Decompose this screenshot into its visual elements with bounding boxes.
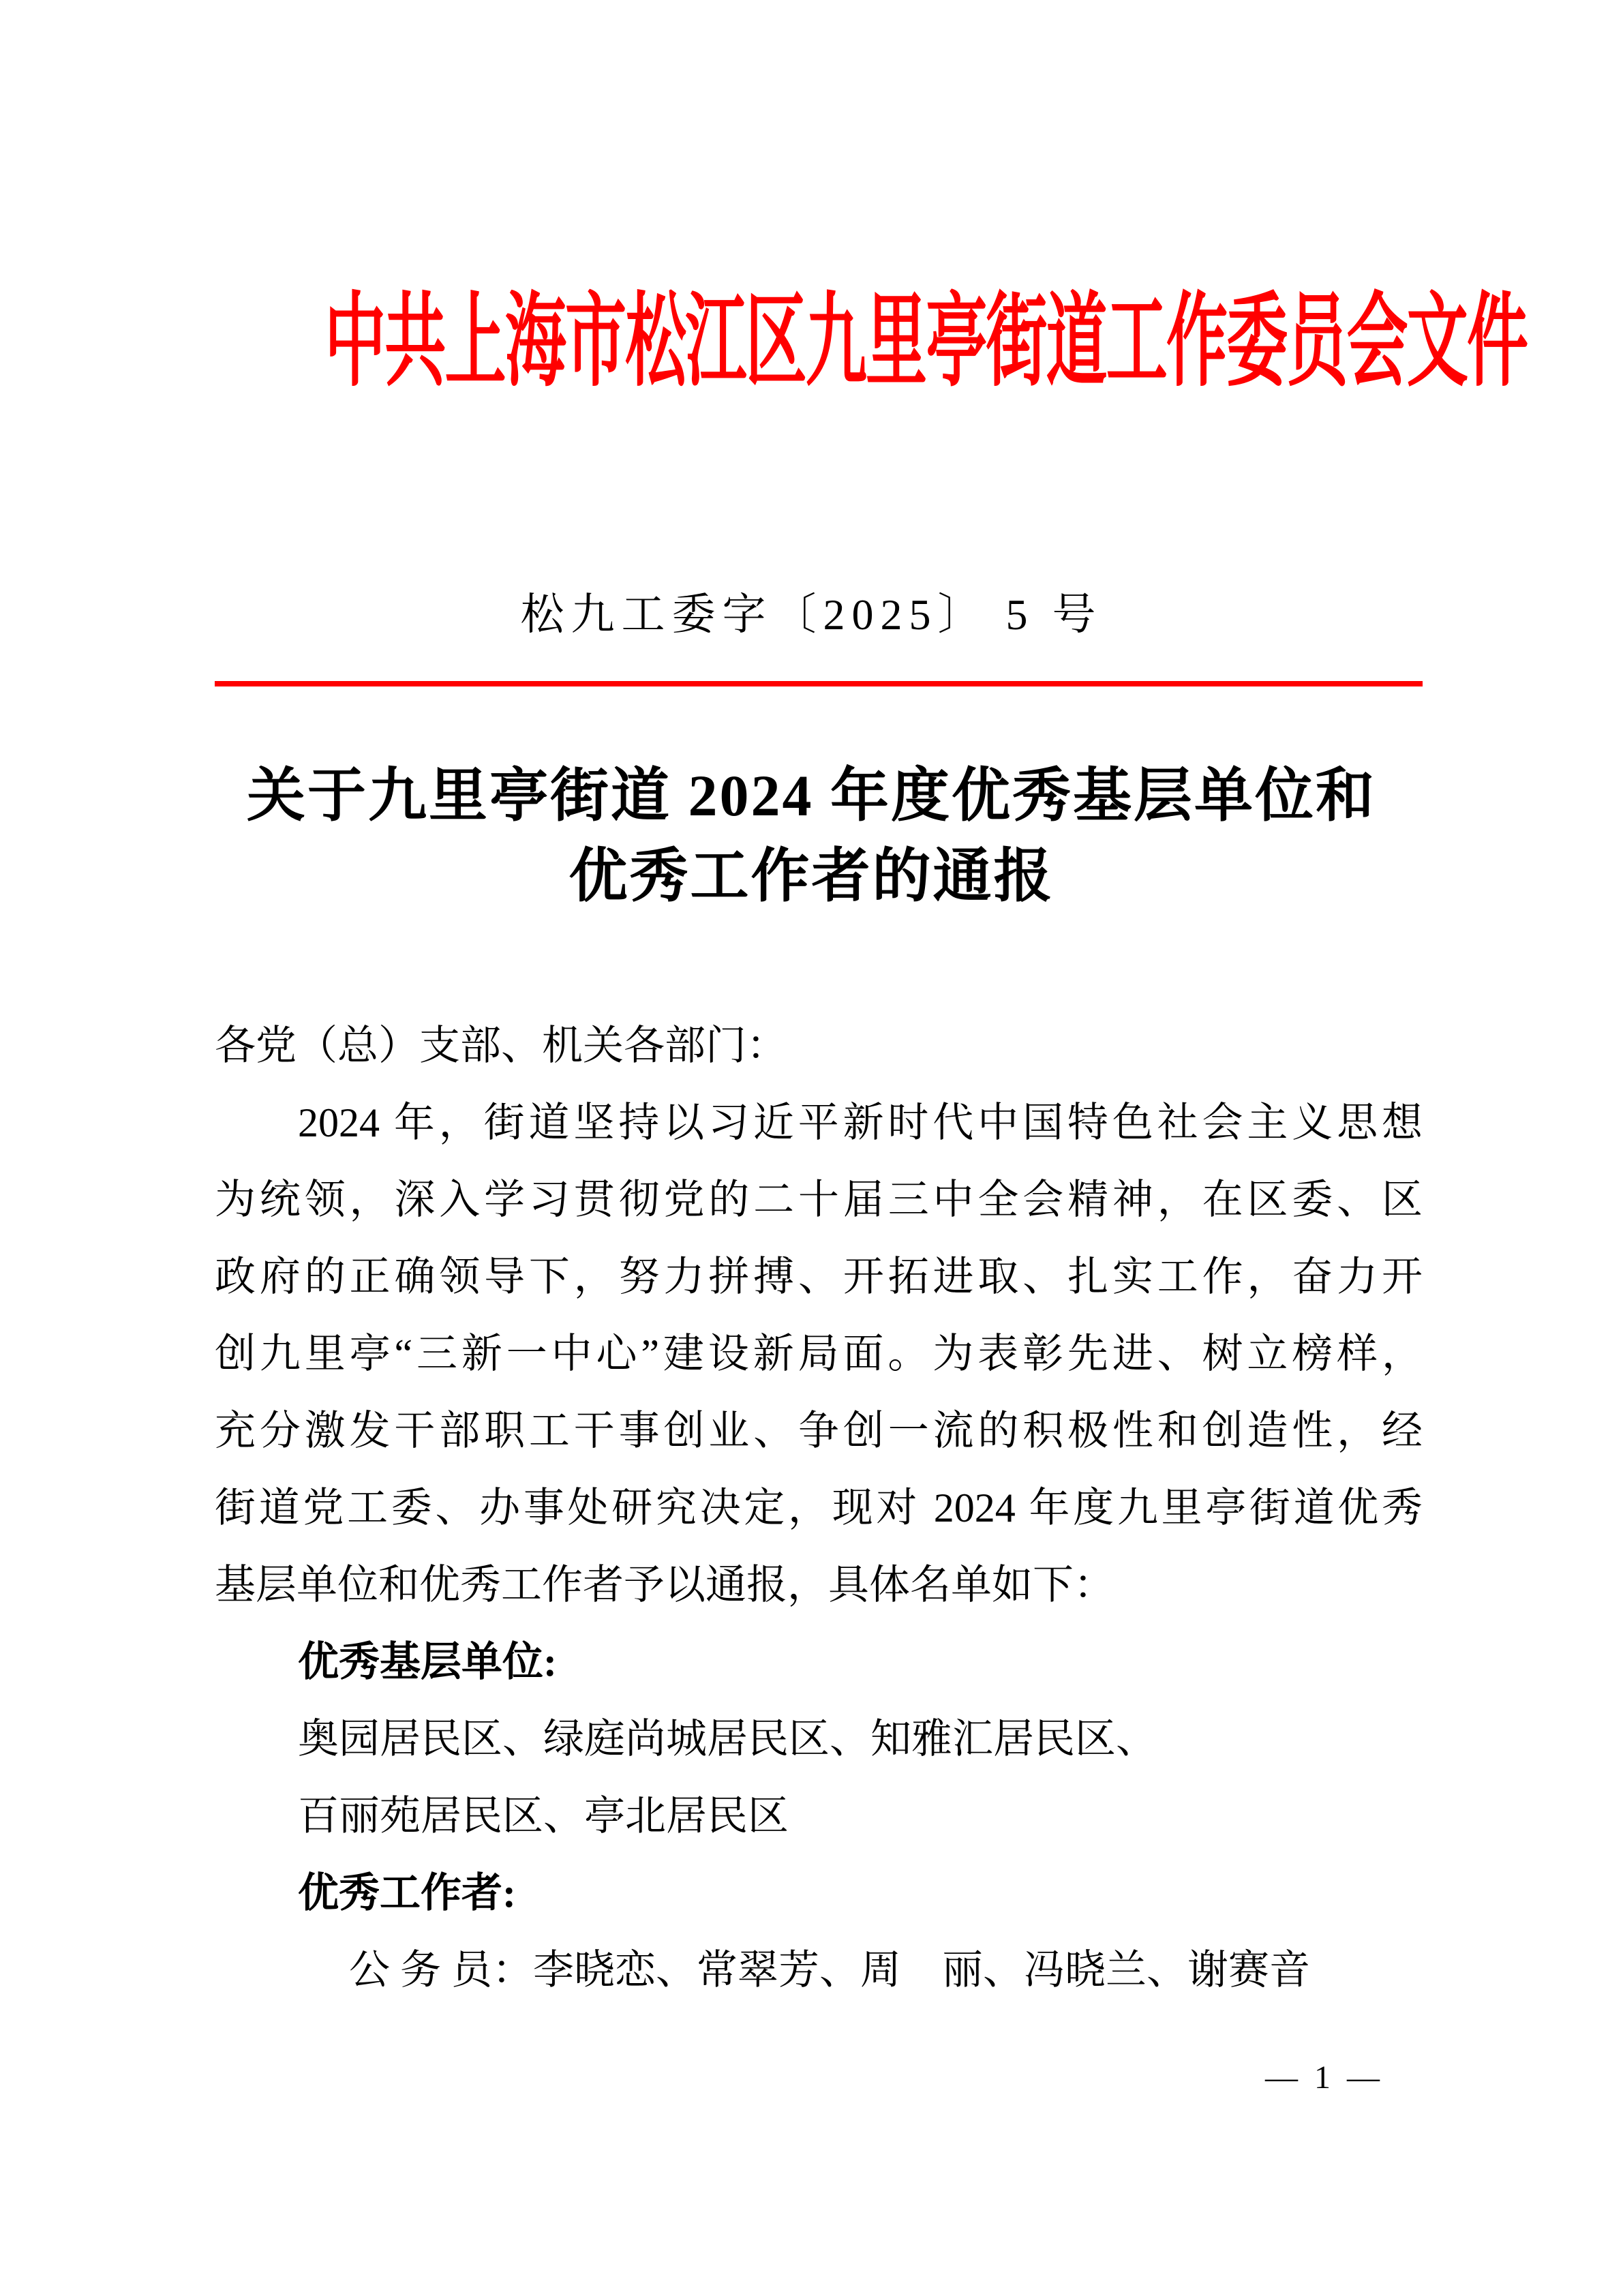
red-divider-line bbox=[215, 681, 1423, 686]
excellent-units-list-line: 百丽苑居民区、亭北居民区 bbox=[215, 1778, 1423, 1855]
section-heading-excellent-workers: 优秀工作者: bbox=[215, 1855, 1423, 1932]
salutation-line: 各党（总）支部、机关各部门： bbox=[215, 1008, 1423, 1085]
body-line: 充分激发干部职工干事创业、争创一流的积极性和创造性，经 bbox=[215, 1393, 1423, 1470]
body-line: 为统领，深入学习贯彻党的二十届三中全会精神，在区委、区 bbox=[215, 1162, 1423, 1239]
section-heading-excellent-units: 优秀基层单位: bbox=[215, 1624, 1423, 1701]
document-number: 松九工委字〔2025〕 5 号 bbox=[0, 588, 1623, 642]
excellent-workers-list-line: 公 务 员：李晓恋、常翠芳、周 丽、冯晓兰、谢赛音 bbox=[215, 1932, 1423, 2009]
document-title-line-2: 优秀工作者的通报 bbox=[0, 836, 1623, 916]
body-line: 2024 年，街道坚持以习近平新时代中国特色社会主义思想 bbox=[215, 1085, 1423, 1162]
body-line: 政府的正确领导下，努力拼搏、开拓进取、扎实工作，奋力开 bbox=[215, 1239, 1423, 1316]
excellent-units-list-line: 奥园居民区、绿庭尚城居民区、知雅汇居民区、 bbox=[215, 1701, 1423, 1778]
document-title-line-1: 关于九里亭街道 2024 年度优秀基层单位和 bbox=[0, 755, 1623, 836]
body-line: 基层单位和优秀工作者予以通报，具体名单如下： bbox=[215, 1547, 1423, 1624]
document-page: 中共上海市松江区九里亭街道工作委员会文件 松九工委字〔2025〕 5 号 关于九… bbox=[0, 0, 1623, 2296]
body-line: 创九里亭“三新一中心”建设新局面。为表彰先进、树立榜样， bbox=[215, 1316, 1423, 1393]
red-header-banner: 中共上海市松江区九里亭街道工作委员会文件 bbox=[324, 285, 1299, 399]
document-title: 关于九里亭街道 2024 年度优秀基层单位和 优秀工作者的通报 bbox=[0, 755, 1623, 916]
document-body: 各党（总）支部、机关各部门： 2024 年，街道坚持以习近平新时代中国特色社会主… bbox=[215, 1008, 1423, 2009]
body-line: 街道党工委、办事处研究决定，现对 2024 年度九里亭街道优秀 bbox=[215, 1470, 1423, 1547]
page-number: — 1 — bbox=[1265, 2059, 1384, 2097]
